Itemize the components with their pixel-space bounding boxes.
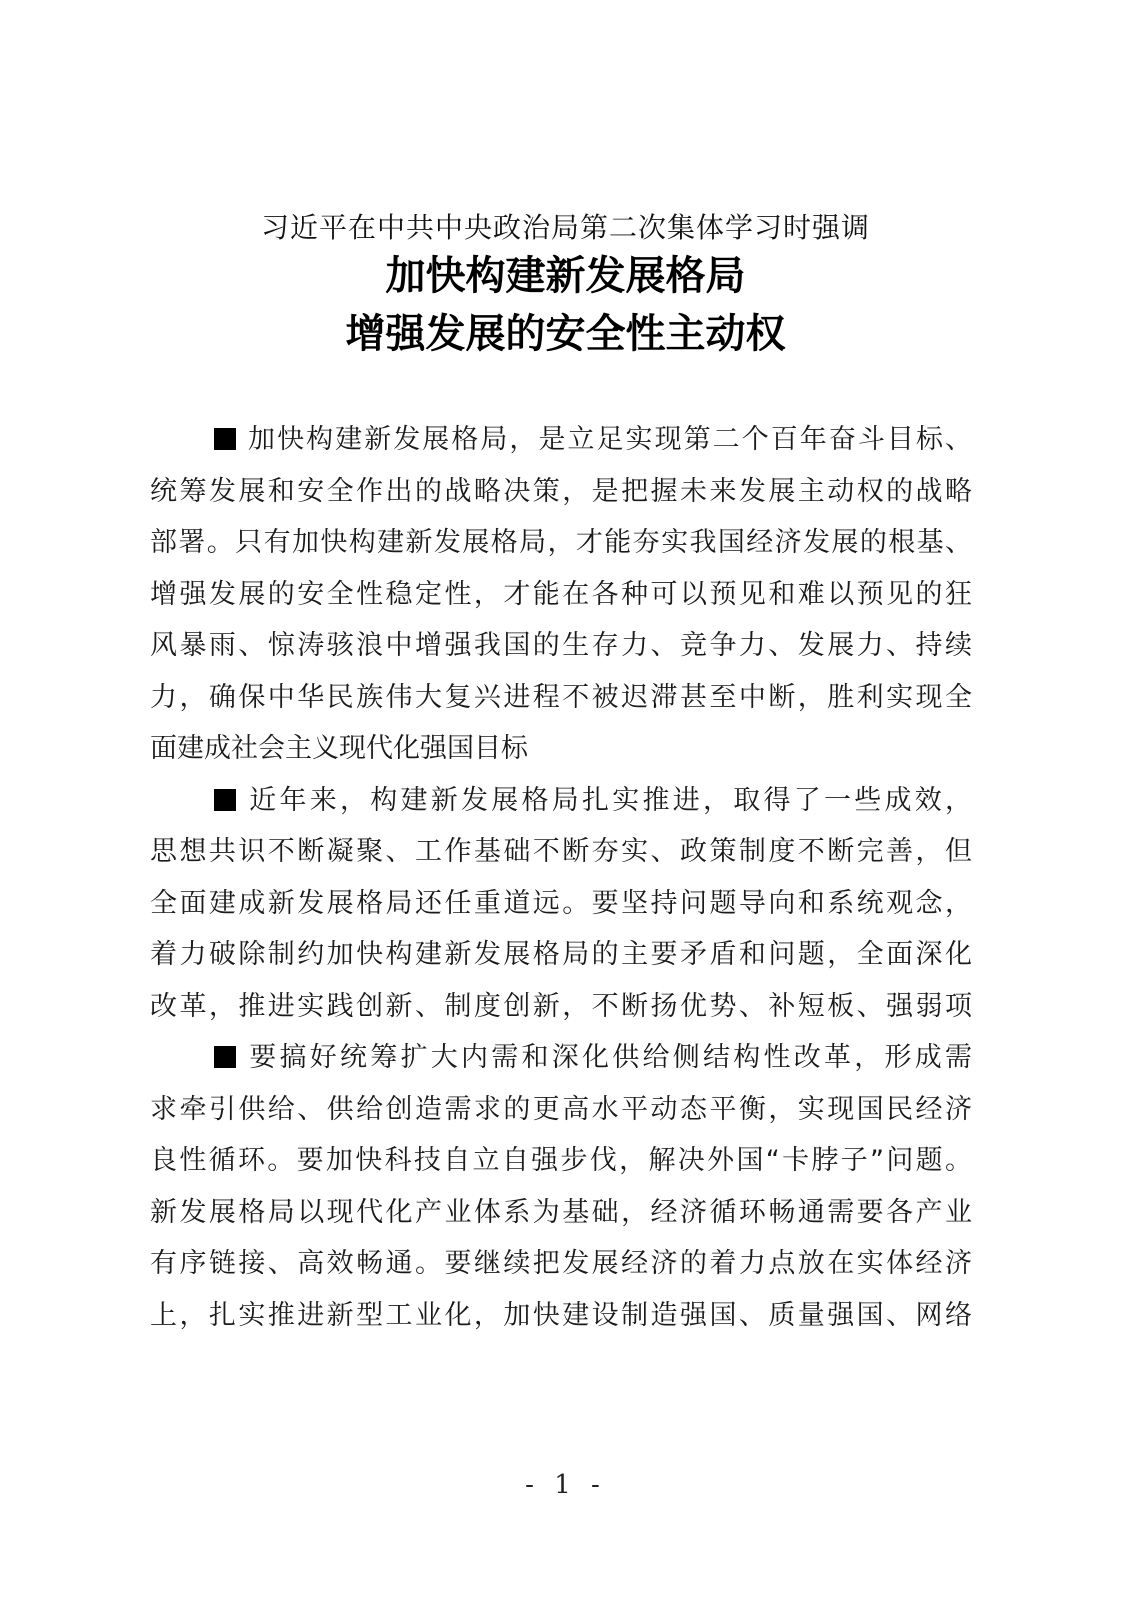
paragraph-3-line-4: 新发展格局以现代化产业体系为基础，经济循环畅通需要各产业 — [150, 1187, 972, 1239]
document-body: 加快构建新发展格局，是立足实现第二个百年奋斗目标、 统筹发展和安全作出的战略决策… — [150, 414, 972, 1341]
paragraph-3-line-6: 上，扎实推进新型工业化，加快建设制造强国、质量强国、网络 — [150, 1290, 972, 1342]
paragraph-1-line-2: 统筹发展和安全作出的战略决策，是把握未来发展主动权的战略 — [150, 466, 972, 518]
page-number: - 1 - — [0, 1470, 1131, 1500]
paragraph-1-line-3: 部署。只有加快构建新发展格局，才能夯实我国经济发展的根基、 — [150, 517, 972, 569]
paragraph-1-line-6: 力，确保中华民族伟大复兴进程不被迟滞甚至中断，胜利实现全 — [150, 672, 972, 724]
paragraph-3-line-3: 良性循环。要加快科技自立自强步伐，解决外国“卡脖子”问题。 — [150, 1135, 972, 1187]
paragraph-2-line-5: 改革，推进实践创新、制度创新，不断扬优势、补短板、强弱项 — [150, 981, 972, 1033]
document-page: 习近平在中共中央政治局第二次集体学习时强调 加快构建新发展格局 增强发展的安全性… — [0, 0, 1131, 1600]
paragraph-3-line-5: 有序链接、高效畅通。要继续把发展经济的着力点放在实体经济 — [150, 1238, 972, 1290]
document-subtitle: 习近平在中共中央政治局第二次集体学习时强调 — [0, 208, 1131, 248]
bullet-square-icon — [214, 1046, 236, 1068]
paragraph-3-line-2: 求牵引供给、供给创造需求的更高水平动态平衡，实现国民经济 — [150, 1084, 972, 1136]
paragraph-3-line-1: 要搞好统筹扩大内需和深化供给侧结构性改革，形成需 — [150, 1032, 972, 1084]
paragraph-2-line-2: 思想共识不断凝聚、工作基础不断夯实、政策制度不断完善，但 — [150, 826, 972, 878]
paragraph-1-line-4: 增强发展的安全性稳定性，才能在各种可以预见和难以预见的狂 — [150, 569, 972, 621]
paragraph-1-line-1: 加快构建新发展格局，是立足实现第二个百年奋斗目标、 — [150, 414, 972, 466]
paragraph-1-line-7: 面建成社会主义现代化强国目标 — [150, 723, 972, 775]
bullet-square-icon — [214, 428, 236, 450]
document-title-line-1: 加快构建新发展格局 — [0, 248, 1131, 304]
paragraph-2-line-1: 近年来，构建新发展格局扎实推进，取得了一些成效， — [150, 775, 972, 827]
bullet-square-icon — [214, 789, 236, 811]
paragraph-1-line-5: 风暴雨、惊涛骇浪中增强我国的生存力、竞争力、发展力、持续 — [150, 620, 972, 672]
paragraph-2-line-3: 全面建成新发展格局还任重道远。要坚持问题导向和系统观念， — [150, 878, 972, 930]
document-title-line-2: 增强发展的安全性主动权 — [0, 306, 1131, 362]
paragraph-2-line-4: 着力破除制约加快构建新发展格局的主要矛盾和问题，全面深化 — [150, 929, 972, 981]
